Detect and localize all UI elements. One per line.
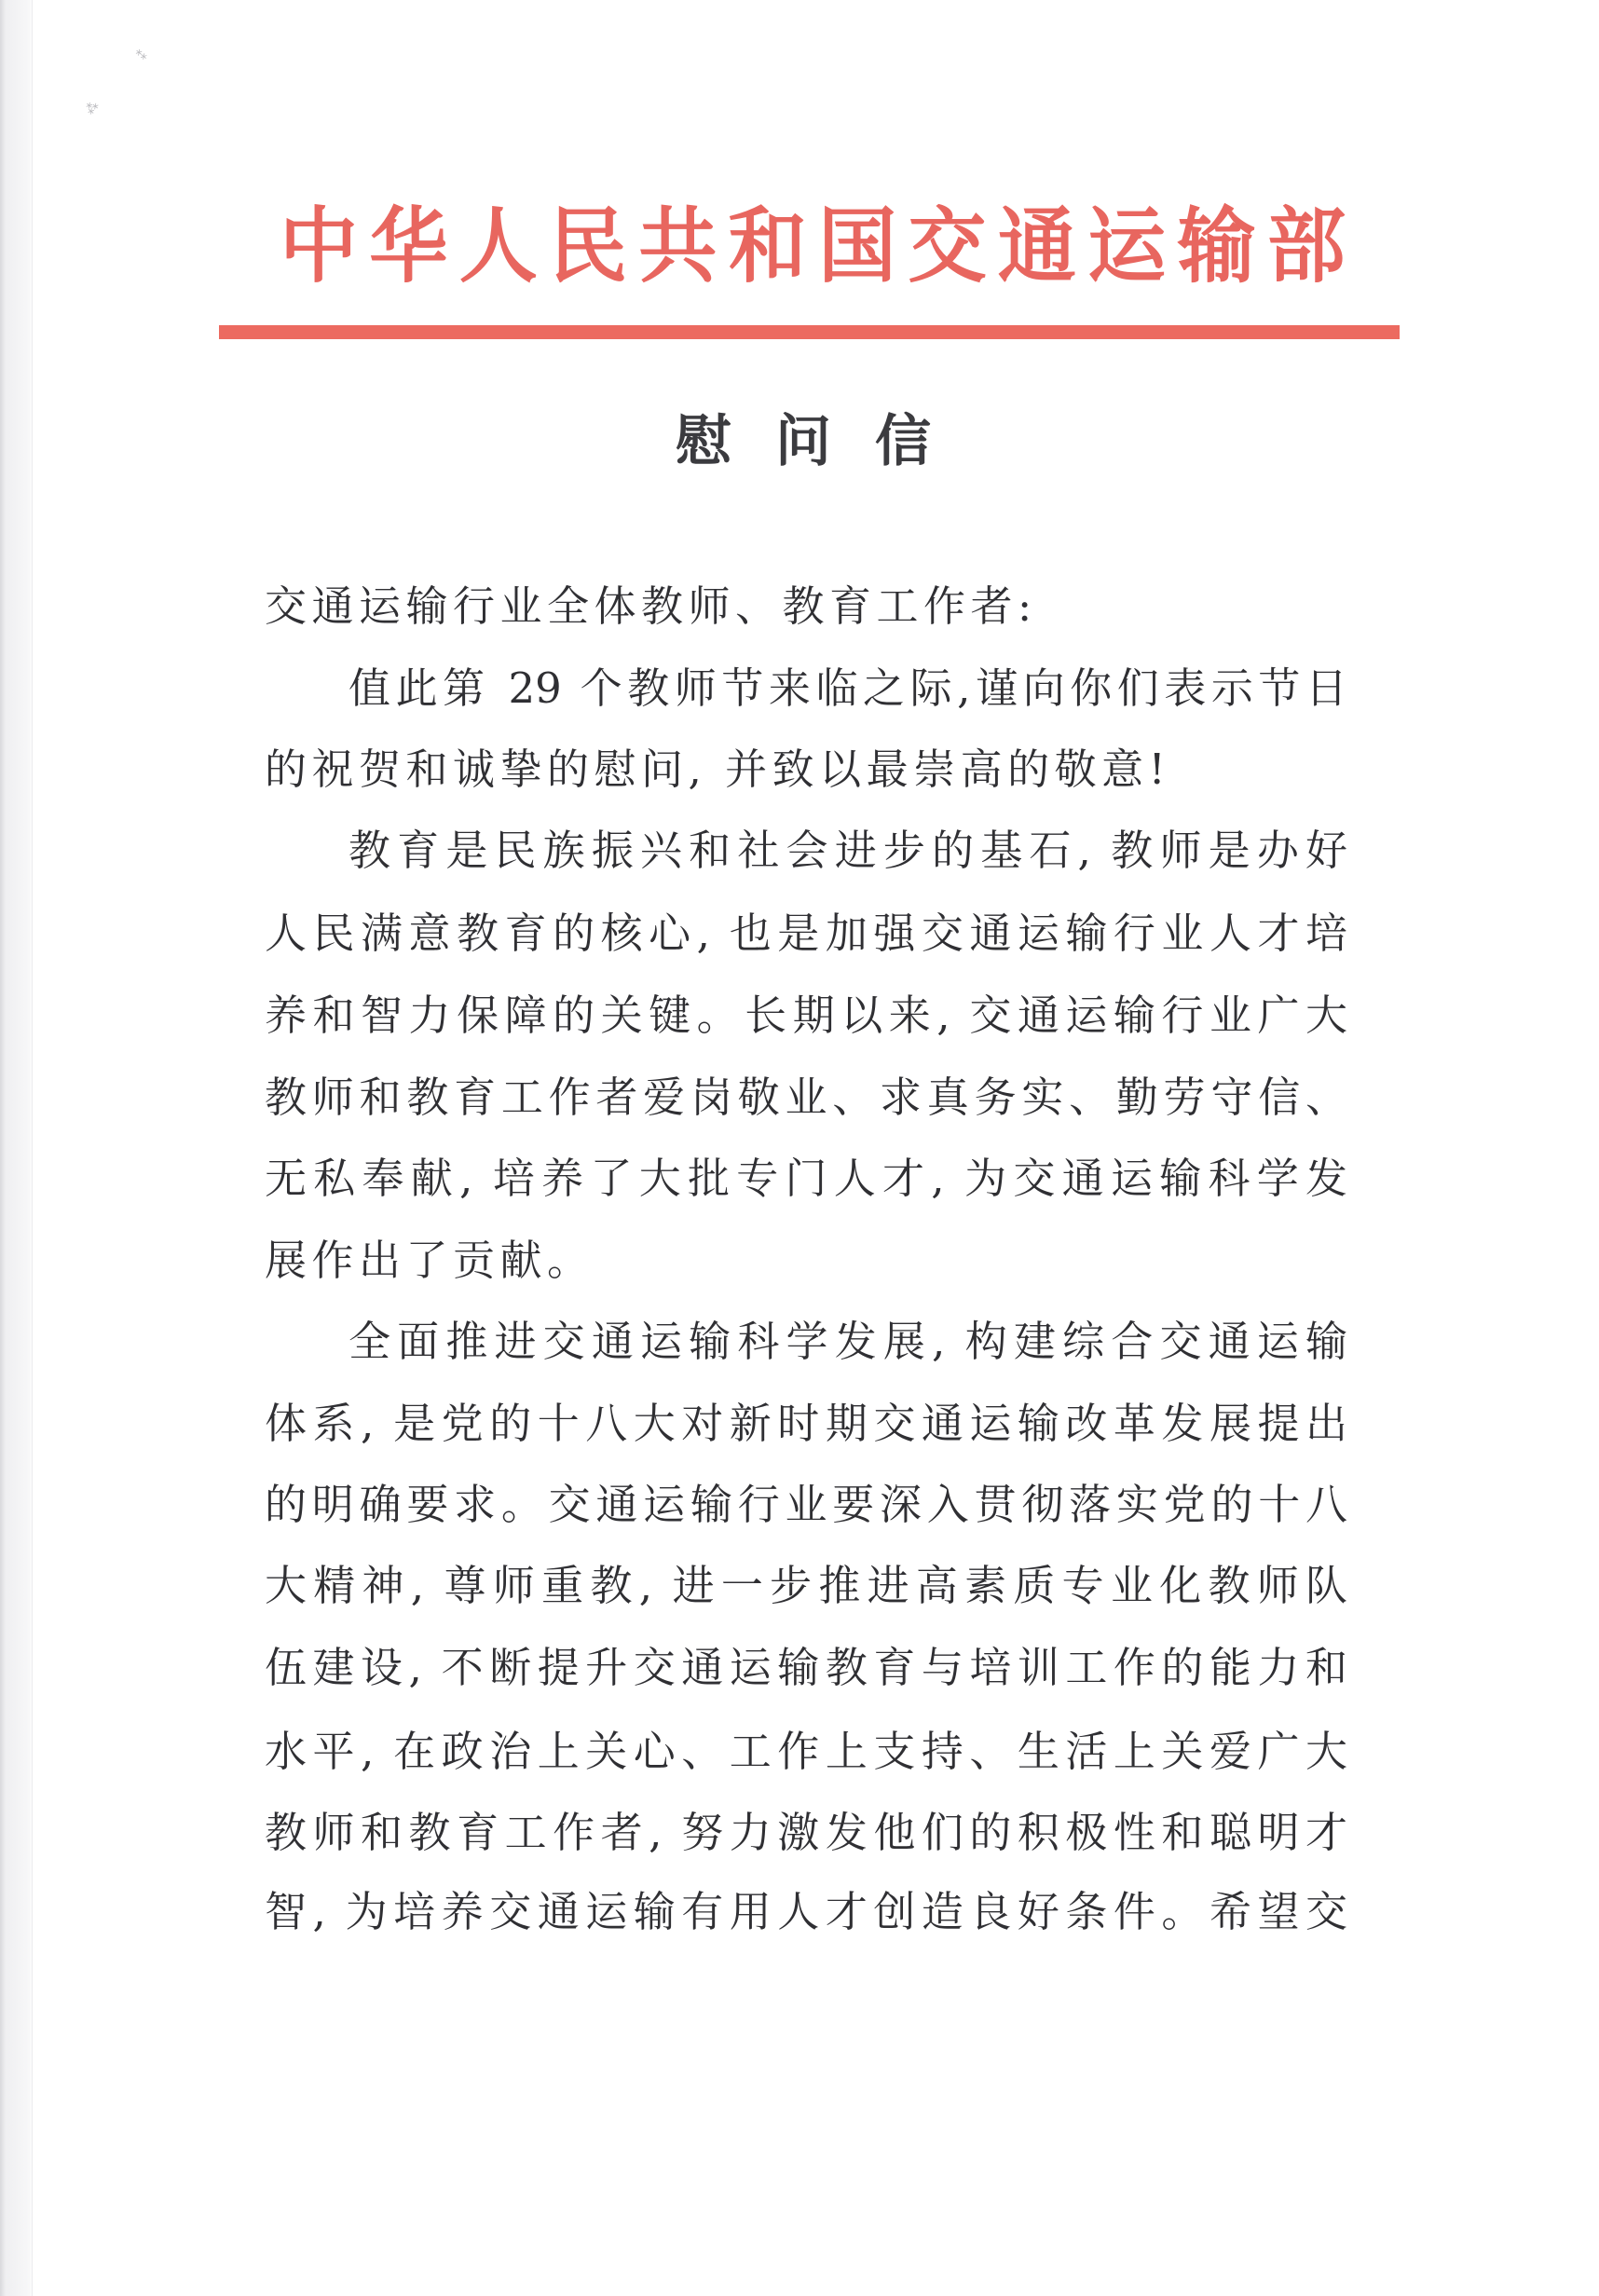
- letterhead-char: 国: [816, 198, 898, 295]
- letterhead-char: 运: [1086, 198, 1168, 295]
- paragraph-3-line-8: 智, 为培养交通运输有用人才创造良好条件。希望交: [265, 1884, 1347, 1940]
- title-char: 慰: [675, 403, 732, 481]
- document-title: 慰 问 信: [675, 403, 932, 481]
- paragraph-3-line-5: 伍建设, 不断提升交通运输教育与培训工作的能力和: [265, 1640, 1347, 1696]
- letterhead-char: 中: [278, 198, 360, 295]
- paragraph-3-line-3: 的明确要求。交通运输行业要深入贯彻落实党的十八: [265, 1477, 1347, 1533]
- scan-edge-shadow: [0, 0, 32, 2296]
- paragraph-2-line-1: 教育是民族振兴和社会进步的基石, 教师是办好: [348, 823, 1347, 879]
- paragraph-2-line-3: 养和智力保障的关键。长期以来, 交通运输行业广大: [265, 988, 1347, 1044]
- paragraph-2-line-2: 人民满意教育的核心, 也是加强交通运输行业人才培: [265, 906, 1347, 962]
- letterhead-char: 输: [1176, 198, 1258, 295]
- scan-speck-icon: ⁑: [135, 48, 151, 63]
- title-char: 问: [774, 403, 832, 481]
- letterhead-char: 华: [367, 198, 449, 295]
- scan-edge-line: [32, 0, 33, 2296]
- paragraph-3-line-4: 大精神, 尊师重教, 进一步推进高素质专业化教师队: [265, 1558, 1347, 1614]
- letterhead-char: 人: [458, 198, 540, 295]
- paragraph-3-line-7: 教师和教育工作者, 努力激发他们的积极性和聪明才: [265, 1805, 1347, 1861]
- paragraph-3-line-1: 全面推进交通运输科学发展, 构建综合交通运输: [348, 1314, 1347, 1370]
- paragraph-2-line-4: 教师和教育工作者爱岗敬业、求真务实、勤劳守信、: [265, 1070, 1347, 1126]
- letterhead-char: 共: [636, 198, 718, 295]
- document-page: ⁑ ⁂ 中 华 人 民 共 和 国 交 通 运 输 部 慰 问 信 交通运输行业…: [0, 0, 1599, 2296]
- letterhead-agency-name: 中 华 人 民 共 和 国 交 通 运 输 部: [278, 199, 1347, 293]
- letterhead-char: 部: [1265, 198, 1347, 295]
- letterhead-char: 通: [996, 198, 1078, 295]
- paragraph-3-line-6: 水平, 在政治上关心、工作上支持、生活上关爱广大: [265, 1724, 1347, 1780]
- paragraph-2-line-6: 展作出了贡献。: [265, 1233, 1347, 1289]
- letterhead-char: 和: [727, 198, 809, 295]
- scan-speck-icon: ⁂: [82, 98, 102, 117]
- salutation: 交通运输行业全体教师、教育工作者:: [265, 579, 1347, 635]
- letterhead-char: 民: [547, 198, 629, 295]
- paragraph-1-line-1: 值此第 29 个教师节来临之际,谨向你们表示节日: [348, 661, 1347, 717]
- title-char: 信: [874, 403, 932, 481]
- letterhead-char: 交: [907, 198, 989, 295]
- paragraph-3-line-2: 体系, 是党的十八大对新时期交通运输改革发展提出: [265, 1396, 1347, 1452]
- paragraph-1-line-2: 的祝贺和诚挚的慰问, 并致以最崇高的敬意!: [265, 742, 1347, 798]
- letterhead-red-rule: [219, 325, 1400, 339]
- paragraph-2-line-5: 无私奉献, 培养了大批专门人才, 为交通运输科学发: [265, 1151, 1347, 1207]
